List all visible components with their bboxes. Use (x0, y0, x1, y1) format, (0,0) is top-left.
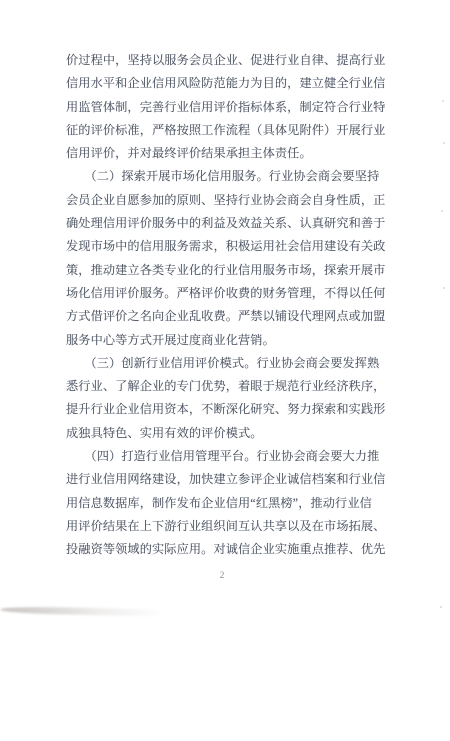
scan-edge-shadow (0, 606, 182, 617)
text-line: 信用评价，并对最终评价结果承担主体责任。 (66, 142, 388, 165)
text-line: 发现市场中的信用服务需求，积极运用社会信用建设有关政 (66, 235, 388, 258)
text-line: 价过程中，坚持以服务会员企业、促进行业自律、提高行业 (66, 49, 388, 72)
text-line: 信用水平和企业信用风险防范能力为目的，建立健全行业信 (66, 72, 388, 95)
text-line: 成独具特色、实用有效的评价模式。 (66, 422, 388, 445)
text-line: 投融资等领域的实际应用。对诚信企业实施重点推荐、优先 (66, 538, 388, 561)
text-line: 用信息数据库，制作发布企业信用“红黑榜”，推动行业信 (66, 492, 388, 515)
scan-speck (443, 287, 445, 289)
text-line: 提升行业企业信用资本，不断深化研究、努力探索和实践形 (66, 398, 388, 421)
text-line: 方式借评价之名向企业乱收费。严禁以铺设代理网点或加盟 (66, 305, 388, 328)
text-line: 悉行业、了解企业的专门优势，着眼于规范行业经济秩序， (66, 375, 388, 398)
text-line: 场化信用评价服务。严格评价收费的财务管理，不得以任何 (66, 282, 388, 305)
text-line: 进行业信用网络建设，加快建立参评企业诚信档案和行业信 (66, 468, 388, 491)
scan-speck (442, 100, 444, 102)
text-line: （二）探索开展市场化信用服务。行业协会商会要坚持 (66, 165, 388, 188)
text-line: 用评价结果在上下游行业组织间互认共享以及在市场拓展、 (66, 515, 388, 538)
scanned-document-page: 价过程中，坚持以服务会员企业、促进行业自律、提高行业信用水平和企业信用风险防范能… (0, 0, 450, 741)
text-line: 策，推动建立各类专业化的行业信用服务市场，探索开展市 (66, 259, 388, 282)
text-line: 确处理信用评价服务中的利益及效益关系、认真研究和善于 (66, 212, 388, 235)
document-body: 价过程中，坚持以服务会员企业、促进行业自律、提高行业信用水平和企业信用风险防范能… (66, 49, 388, 562)
scan-speck (440, 606, 442, 608)
text-line: 服务中心等方式开展过度商业化营销。 (66, 329, 388, 352)
text-line: 会员企业自愿参加的原则、坚持行业协会商会自身性质，正 (66, 189, 388, 212)
scan-speck (441, 210, 443, 212)
page-number: 2 (212, 569, 232, 583)
text-line: 征的评价标准，严格按照工作流程（具体见附件）开展行业 (66, 119, 388, 142)
text-line: （三）创新行业信用评价模式。行业协会商会要发挥熟 (66, 352, 388, 375)
scan-speck (443, 142, 445, 144)
text-line: （四）打造行业信用管理平台。行业协会商会要大力推 (66, 445, 388, 468)
text-line: 用监管体制，完善行业信用评价指标体系，制定符合行业特 (66, 96, 388, 119)
